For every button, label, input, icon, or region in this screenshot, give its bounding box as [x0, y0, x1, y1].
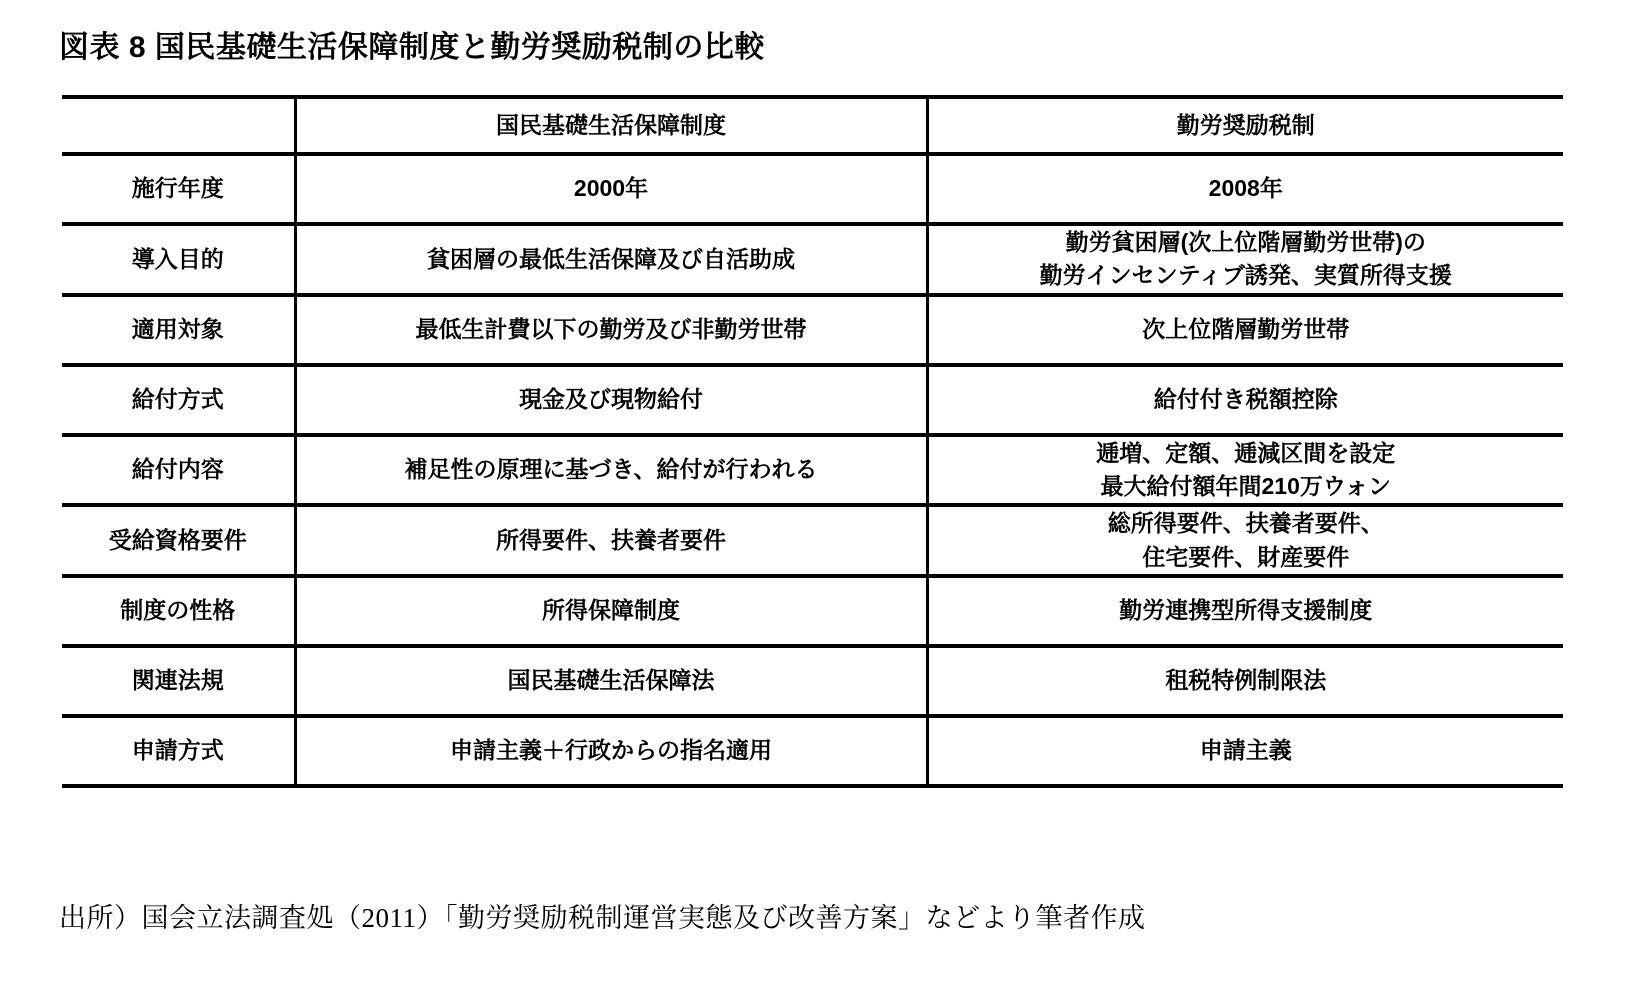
row-label: 給付内容: [62, 435, 295, 506]
basic-cell: 2000年: [295, 154, 927, 224]
eitc-cell: 2008年: [927, 154, 1563, 224]
table-row-related-laws: 関連法規 国民基礎生活保障法 租税特例制限法: [62, 646, 1563, 716]
table-row-benefit-content: 給付内容 補足性の原理に基づき、給付が行われる 逓増、定額、逓減区間を設定 最大…: [62, 435, 1563, 506]
eitc-cell: 給付付き税額控除: [927, 365, 1563, 435]
table-row-application-method: 申請方式 申請主義＋行政からの指名適用 申請主義: [62, 716, 1563, 786]
basic-cell: 最低生計費以下の勤労及び非勤労世帯: [295, 295, 927, 365]
comparison-table: 国民基礎生活保障制度 勤労奨励税制 施行年度 2000年 2008年 導入目的 …: [62, 95, 1563, 788]
basic-cell: 現金及び現物給付: [295, 365, 927, 435]
eitc-cell: 総所得要件、扶養者要件、 住宅要件、財産要件: [927, 505, 1563, 576]
basic-cell: 申請主義＋行政からの指名適用: [295, 716, 927, 786]
table-row-target: 適用対象 最低生計費以下の勤労及び非勤労世帯 次上位階層勤労世帯: [62, 295, 1563, 365]
document-page: 図表 8 国民基礎生活保障制度と勤労奨励税制の比較 国民基礎生活保障制度 勤労奨…: [0, 0, 1645, 989]
header-empty-cell: [62, 97, 295, 154]
header-eitc: 勤労奨励税制: [927, 97, 1563, 154]
row-label: 施行年度: [62, 154, 295, 224]
table-row-purpose: 導入目的 貧困層の最低生活保障及び自活助成 勤労貧困層(次上位階層勤労世帯)の …: [62, 224, 1563, 295]
eitc-cell: 勤労連携型所得支援制度: [927, 576, 1563, 646]
header-row: 国民基礎生活保障制度 勤労奨励税制: [62, 97, 1563, 154]
eitc-cell: 申請主義: [927, 716, 1563, 786]
row-label: 申請方式: [62, 716, 295, 786]
source-note: 出所）国会立法調査処（2011）「勤労奨励税制運営実態及び改善方案」などより筆者…: [59, 896, 1146, 935]
header-basic-livelihood: 国民基礎生活保障制度: [295, 97, 927, 154]
basic-cell: 貧困層の最低生活保障及び自活助成: [295, 224, 927, 295]
eitc-cell: 次上位階層勤労世帯: [927, 295, 1563, 365]
table-row-system-character: 制度の性格 所得保障制度 勤労連携型所得支援制度: [62, 576, 1563, 646]
basic-cell: 所得保障制度: [295, 576, 927, 646]
eitc-cell: 租税特例制限法: [927, 646, 1563, 716]
table-row-benefit-method: 給付方式 現金及び現物給付 給付付き税額控除: [62, 365, 1563, 435]
row-label: 受給資格要件: [62, 505, 295, 576]
table-row-enforcement-year: 施行年度 2000年 2008年: [62, 154, 1563, 224]
basic-cell: 所得要件、扶養者要件: [295, 505, 927, 576]
basic-cell: 国民基礎生活保障法: [295, 646, 927, 716]
row-label: 制度の性格: [62, 576, 295, 646]
table-row-eligibility: 受給資格要件 所得要件、扶養者要件 総所得要件、扶養者要件、 住宅要件、財産要件: [62, 505, 1563, 576]
eitc-cell: 勤労貧困層(次上位階層勤労世帯)の 勤労インセンティブ誘発、実質所得支援: [927, 224, 1563, 295]
row-label: 適用対象: [62, 295, 295, 365]
row-label: 導入目的: [62, 224, 295, 295]
basic-cell: 補足性の原理に基づき、給付が行われる: [295, 435, 927, 506]
figure-title: 図表 8 国民基礎生活保障制度と勤労奨励税制の比較: [59, 22, 765, 66]
eitc-cell: 逓増、定額、逓減区間を設定 最大給付額年間210万ウォン: [927, 435, 1563, 506]
row-label: 給付方式: [62, 365, 295, 435]
row-label: 関連法規: [62, 646, 295, 716]
